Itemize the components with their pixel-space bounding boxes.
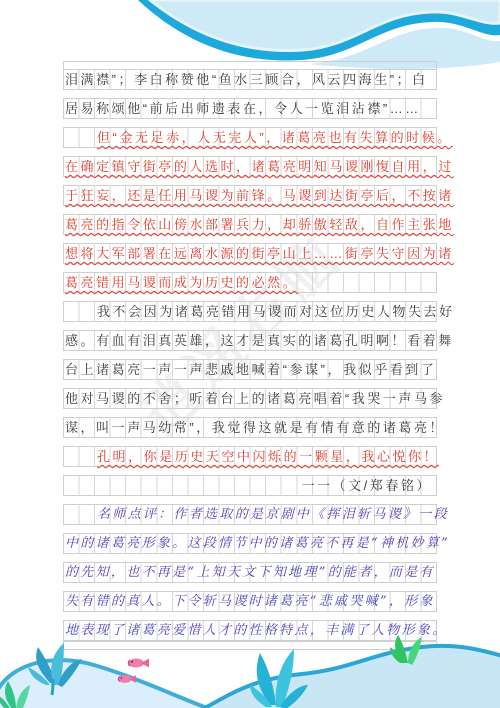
essay-line-18: 的先知，也不再是“上知天文下知地理”的能者，而是有 [63,562,437,583]
essay-line-text: 地表现了诸葛亮爱惜人才的性格特点，丰满了人物形象。 [64,621,436,640]
essay-line-1: 泪满襟”；李白称赞他“鱼水三顾合，风云四海生”；白 [63,69,437,90]
seaweed-icon [0,681,30,708]
essay-line-text: 在确定镇守街亭的人选时，诸葛亮明知马谡刚愎自用，过 [64,157,436,176]
essay-page: { "watermark": { "text": "逍遥右脑" }, "essa… [0,0,500,708]
seaweed-icon [250,649,308,708]
essay-line-10: 感。有血有泪真英雄，这才是真实的诸葛孔明啊！看着舞 [63,330,437,351]
essay-line-17: 中的诸葛亮形象。这段情节中的诸葛亮不再是“神机妙算” [63,533,437,554]
essay-line-text: 我不会因为诸葛亮错用马谡而对这位历史人物失去好 [64,302,436,321]
essay-line-15: 一一（文/郑春铭） [63,475,437,496]
essay-line-4: 在确定镇守街亭的人选时，诸葛亮明知马谡刚愎自用，过 [63,156,437,177]
essay-line-text: 感。有血有泪真英雄，这才是真实的诸葛孔明啊！看着舞 [64,331,436,350]
essay-line-6: 葛亮的指令依山傍水部署兵力，却骄傲轻敌，自作主张地 [63,214,437,235]
essay-line-8: 葛亮错用马谡而成为历史的必然。 [63,272,437,293]
fish-icon [128,659,149,668]
essay-line-text: 失有错的真人。下令斩马谡时诸葛亮“悲戚哭喊”，形象 [64,592,436,611]
essay-line-12: 他对马谡的不舍；听着台上的诸葛亮唱着“我哭一声马参 [63,388,437,409]
essay-line-text: 于狂妄，还是任用马谡为前锋。马谡到达街亭后，不按诸 [64,186,436,205]
essay-line-text: 名师点评：作者选取的是京剧中《挥泪斩马谡》一段 [64,505,436,524]
essay-line-text: 一一（文/郑春铭） [64,476,436,495]
seaweed-icon [28,643,82,695]
essay-line-text: 想将大军部署在远离水源的街亭山上……街亭失守因为诸 [64,244,436,263]
fish-icon [118,675,136,683]
essay-rows: 泪满襟”；李白称赞他“鱼水三顾合，风云四海生”；白居易称颂他“前后出师遗表在，令… [63,69,437,641]
water-mound-left [0,660,220,708]
essay-line-9: 我不会因为诸葛亮错用马谡而对这位历史人物失去好 [63,301,437,322]
grid-bottom-strip [63,641,437,650]
essay-line-text: 葛亮错用马谡而成为历史的必然。 [64,273,436,292]
essay-line-13: 谋，叫一声马幼常”，我觉得这就是有情有意的诸葛亮！ [63,417,437,438]
essay-line-text: 孔明，你是历史天空中闪烁的一颗星，我心悦你！ [64,447,436,466]
essay-line-text: 的先知，也不再是“上知天文下知地理”的能者，而是有 [64,563,436,582]
essay-line-5: 于狂妄，还是任用马谡为前锋。马谡到达街亭后，不按诸 [63,185,437,206]
essay-line-16: 名师点评：作者选取的是京剧中《挥泪斩马谡》一段 [63,504,437,525]
essay-line-text: 葛亮的指令依山傍水部署兵力，却骄傲轻敌，自作主张地 [64,215,436,234]
top-wave-decoration [0,0,500,70]
essay-line-text: 但“金无足赤，人无完人”，诸葛亮也有失算的时候。 [64,128,436,147]
essay-line-text: 居易称颂他“前后出师遗表在，令人一览泪沾襟”…… [64,99,436,118]
essay-line-7: 想将大军部署在远离水源的街亭山上……街亭失守因为诸 [63,243,437,264]
essay-line-text: 谋，叫一声马幼常”，我觉得这就是有情有意的诸葛亮！ [64,418,436,437]
essay-line-11: 台上诸葛亮一声一声悲戚地喊着“参谋”，我似乎看到了 [63,359,437,380]
essay-line-20: 地表现了诸葛亮爱惜人才的性格特点，丰满了人物形象。 [63,620,437,641]
wave-dark-band [138,0,500,61]
essay-line-text: 他对马谡的不舍；听着台上的诸葛亮唱着“我哭一声马参 [64,389,436,408]
wave-light-top [150,0,500,51]
essay-line-14: 孔明，你是历史天空中闪烁的一颗星，我心悦你！ [63,446,437,467]
grid-top-strip [63,61,437,69]
essay-line-19: 失有错的真人。下令斩马谡时诸葛亮“悲戚哭喊”，形象 [63,591,437,612]
essay-grid: 泪满襟”；李白称赞他“鱼水三顾合，风云四海生”；白居易称颂他“前后出师遗表在，令… [63,61,437,650]
essay-line-text: 泪满襟”；李白称赞他“鱼水三顾合，风云四海生”；白 [64,70,436,89]
essay-line-text: 台上诸葛亮一声一声悲戚地喊着“参谋”，我似乎看到了 [64,360,436,379]
water-wave-right [196,646,500,708]
essay-line-3: 但“金无足赤，人无完人”，诸葛亮也有失算的时候。 [63,127,437,148]
essay-line-2: 居易称颂他“前后出师遗表在，令人一览泪沾襟”…… [63,98,437,119]
essay-line-text: 中的诸葛亮形象。这段情节中的诸葛亮不再是“神机妙算” [64,534,436,553]
